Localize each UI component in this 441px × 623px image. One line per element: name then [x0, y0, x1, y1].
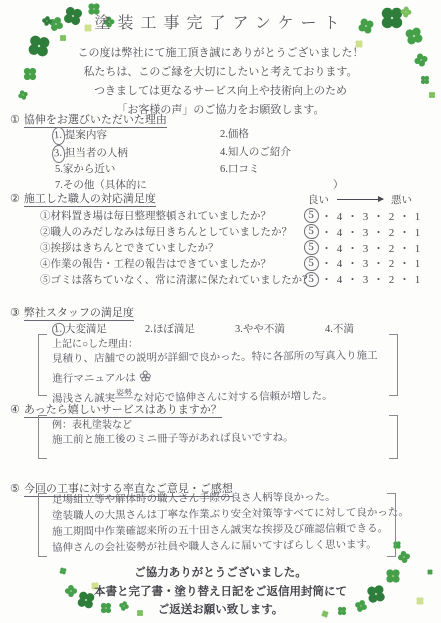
- handwritten-circle-mark: 1.: [51, 126, 65, 145]
- circled-rating-5: 5: [303, 271, 319, 287]
- option-reason-4: 4.知人のご紹介: [220, 145, 405, 163]
- handwritten-circle-mark: 3.: [51, 144, 65, 163]
- section3-number: ③: [10, 307, 20, 319]
- section5-answer-box: 足場組立等や解体時の職人さん手際の良さ人柄等良かった。 塗装職人の大黒さんは丁寧…: [38, 493, 396, 557]
- section1-number: ①: [10, 114, 20, 126]
- section1-options: 1.提案内容 2.価格 3.担当者の人柄 4.知人のご紹介 5.家から近い 6.…: [55, 127, 405, 193]
- rating-scale: 5・ 4 ・ 3 ・ 2 ・ 1: [304, 224, 421, 240]
- option-reason-2: 2.価格: [220, 127, 405, 145]
- survey-document: 塗装工事完了アンケート この度は弊社にて施工頂き誠にありがとうございました！ 私…: [0, 0, 441, 623]
- question-text: ①材料置き場は毎日整理整頓されていましたか？: [40, 208, 302, 223]
- rating-scale: 5・ 4 ・ 3 ・ 2 ・ 1: [304, 240, 421, 256]
- rating-rest: ・ 4 ・ 3 ・ 2 ・ 1: [321, 255, 421, 271]
- option-reason-3: 3.担当者の人柄: [55, 145, 220, 163]
- option-reason-5: 5.家から近い: [55, 162, 220, 178]
- intro-text: この度は弊社にて施工頂き誠にありがとうございました！ 私たちは、このご縁を大切に…: [0, 44, 441, 120]
- question-text: ②職人のみだしなみは毎日きちんとしていましたか？: [40, 224, 302, 239]
- question-row: ②職人のみだしなみは毎日きちんとしていましたか？ 5・ 4 ・ 3 ・ 2 ・ …: [40, 224, 435, 240]
- question-text: ③挨拶はきちんとできていましたか？: [40, 240, 302, 255]
- section4-answer-box: 例：表札塗装など 施工前と施工後のミニ冊子等があれば良いですね。: [38, 415, 398, 459]
- handwritten-insertion: 姿勢: [115, 388, 133, 398]
- section4-number: ④: [10, 404, 20, 416]
- intro-line-2: 私たちは、このご縁を大切にしたいと考えております。: [0, 63, 441, 82]
- question-row: ③挨拶はきちんとできていましたか？ 5・ 4 ・ 3 ・ 2 ・ 1: [40, 240, 435, 256]
- question-row: ④作業の報告・工程の報告はできていましたか？ 5・ 4 ・ 3 ・ 2 ・ 1: [40, 255, 435, 271]
- question-row: ⑤ゴミは落ちていなく、常に清潔に保たれていましたか？ 5・ 4 ・ 3 ・ 2 …: [40, 271, 435, 287]
- handwritten-answer-line: 施工前と施工後のミニ冊子等があれば良いですね。: [52, 428, 384, 451]
- footer-line-1: ご協力ありがとうございました。: [0, 564, 441, 583]
- section1-heading: ①協伸をお選びいただいた理由: [10, 111, 167, 127]
- rating-scale: 5・ 4 ・ 3 ・ 2 ・ 1: [304, 255, 421, 271]
- question-text: ⑤ゴミは落ちていなく、常に清潔に保たれていましたか？: [40, 272, 302, 287]
- rating-rest: ・ 4 ・ 3 ・ 2 ・ 1: [321, 208, 421, 224]
- section2-questions: ①材料置き場は毎日整理整頓されていましたか？ 5・ 4 ・ 3 ・ 2 ・ 1 …: [40, 208, 435, 287]
- scale-good-label: 良い: [308, 192, 329, 207]
- option-reason-6: 6.口コミ: [220, 162, 405, 178]
- close-paren: ）: [333, 180, 344, 191]
- flower-doodle-icon: [138, 369, 152, 383]
- section3-heading: ③弊社スタッフの満足度: [10, 304, 134, 320]
- rating-rest: ・ 4 ・ 3 ・ 2 ・ 1: [321, 271, 421, 287]
- footer-line-2: 本書と完了書・塗り替え日記をご返信用封筒にて: [0, 583, 441, 602]
- rating-scale: 5・ 4 ・ 3 ・ 2 ・ 1: [304, 271, 421, 287]
- handwritten-answer-line: 協伸さんの会社姿勢が社員や職人さんに届いてすばらしく思います。: [52, 538, 382, 557]
- section2-heading: ②施工した職人の対応満足度: [10, 190, 156, 206]
- option-reason-1: 1.提案内容: [55, 127, 220, 145]
- rating-rest: ・ 4 ・ 3 ・ 2 ・ 1: [321, 240, 421, 256]
- circled-rating-5: 5: [303, 208, 319, 224]
- circled-rating-5: 5: [303, 255, 319, 271]
- arrow-right-icon: [337, 199, 383, 200]
- footer-line-3: ご返送お願い致します。: [0, 601, 441, 620]
- question-text: ④作業の報告・工程の報告はできていましたか？: [40, 256, 302, 271]
- rating-scale-legend: 良い 悪い: [308, 192, 433, 207]
- rating-rest: ・ 4 ・ 3 ・ 2 ・ 1: [321, 224, 421, 240]
- rating-scale: 5・ 4 ・ 3 ・ 2 ・ 1: [304, 208, 421, 224]
- section3-answer-box: 上記に○した理由： 見積り、店舗での説明が詳細で良かった。特に各部所の写真入り施…: [38, 334, 398, 396]
- footer-text: ご協力ありがとうございました。 本書と完了書・塗り替え日記をご返信用封筒にて ご…: [0, 564, 441, 620]
- page-title: 塗装工事完了アンケート: [0, 10, 441, 33]
- question-row: ①材料置き場は毎日整理整頓されていましたか？ 5・ 4 ・ 3 ・ 2 ・ 1: [40, 208, 435, 224]
- intro-line-1: この度は弊社にて施工頂き誠にありがとうございました！: [0, 44, 441, 63]
- section5-number: ⑤: [10, 483, 20, 495]
- section2-number: ②: [10, 193, 20, 205]
- circled-rating-5: 5: [303, 239, 319, 255]
- circled-rating-5: 5: [303, 224, 319, 240]
- intro-line-3: つきましては更なるサービス向上や技術向上のため: [0, 82, 441, 101]
- handwritten-answer-line: 見積り、店舗での説明が詳細で良かった。特に各部所の写真入り施工進行マニュアルは: [52, 347, 384, 390]
- scale-bad-label: 悪い: [391, 192, 412, 207]
